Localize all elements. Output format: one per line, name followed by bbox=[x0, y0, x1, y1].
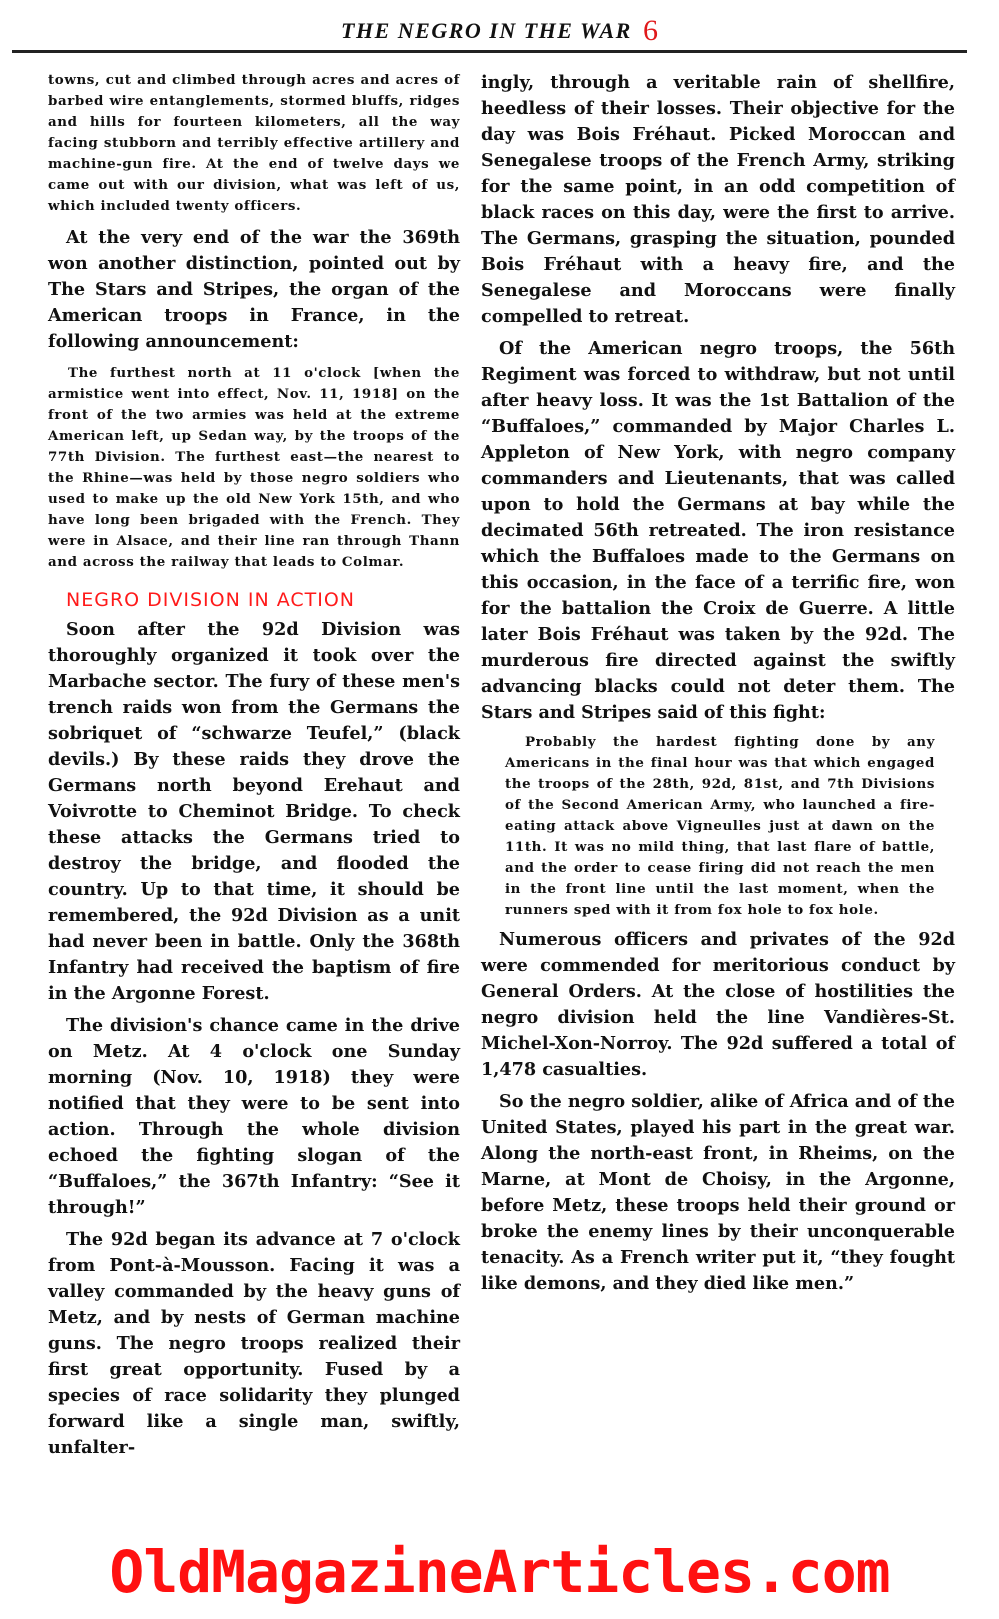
page-header: THE NEGRO IN THE WAR 6 bbox=[0, 14, 999, 48]
paragraph: The 92d began its advance at 7 o'clock f… bbox=[48, 1227, 460, 1461]
block-quote-armistice: The furthest north at 11 o'clock [when t… bbox=[48, 363, 460, 573]
right-column: ingly, through a veritable rain of shell… bbox=[481, 70, 955, 1297]
section-subheading: NEGRO DIVISION IN ACTION bbox=[66, 589, 460, 611]
paragraph: Of the American negro troops, the 56th R… bbox=[481, 336, 955, 726]
block-quote-soldier-account: towns, cut and climbed through acres and… bbox=[48, 70, 460, 217]
paragraph: Soon after the 92d Division was thorough… bbox=[48, 617, 460, 1007]
paragraph-continuation: ingly, through a veritable rain of shell… bbox=[481, 70, 955, 330]
site-watermark: OldMagazineArticles.com bbox=[0, 1538, 999, 1606]
paragraph: Numerous officers and privates of the 92… bbox=[481, 927, 955, 1083]
paragraph: So the negro soldier, alike of Africa an… bbox=[481, 1089, 955, 1297]
page-number: 6 bbox=[643, 14, 658, 47]
block-quote-stars-and-stripes: Probably the hardest fighting done by an… bbox=[505, 732, 935, 921]
paragraph: The division's chance came in the drive … bbox=[48, 1013, 460, 1221]
paragraph: At the very end of the war the 369th won… bbox=[48, 225, 460, 355]
left-column: towns, cut and climbed through acres and… bbox=[48, 70, 460, 1461]
running-title: THE NEGRO IN THE WAR bbox=[341, 18, 632, 43]
header-rule bbox=[12, 50, 967, 53]
